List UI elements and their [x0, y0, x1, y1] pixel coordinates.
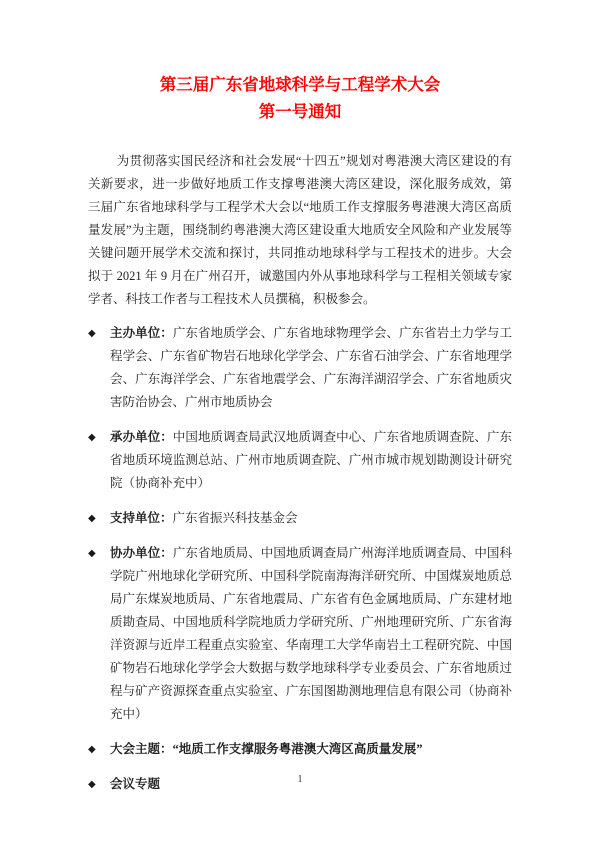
- list-item-body: 协办单位：广东省地质局、中国地质调查局广州海洋地质调查局、中国科学院广州地球化学…: [110, 542, 512, 726]
- bullet-label: 支持单位：: [110, 511, 173, 525]
- list-item-co-organizer-units: ◆ 协办单位：广东省地质局、中国地质调查局广州海洋地质调查局、中国科学院广州地球…: [88, 542, 512, 726]
- notice-subtitle: 第一号通知: [259, 103, 342, 121]
- bullet-list: ◆ 主办单位：广东省地质学会、广东省地球物理学会、广东省岩土力学与工程学会、广东…: [88, 322, 512, 796]
- bullet-label: 主办单位：: [110, 326, 173, 340]
- list-item-organizer-units: ◆ 承办单位：中国地质调查局武汉地质调查中心、广东省地质调查院、广东省地质环境监…: [88, 426, 512, 495]
- diamond-bullet-icon: ◆: [88, 426, 110, 449]
- list-item-support-units: ◆ 支持单位：广东省振兴科技基金会: [88, 507, 512, 530]
- bullet-label: 大会主题：: [110, 742, 173, 756]
- document-page: 第三届广东省地球科学与工程学术大会 第一号通知 为贯彻落实国民经济和社会发展“十…: [0, 0, 600, 848]
- list-item-body: 大会主题：“地质工作支撑服务粤港澳大湾区高质量发展”: [110, 738, 512, 761]
- conference-title-line1: 第三届广东省地球科学与工程学术大会: [160, 76, 441, 94]
- list-item-body: 主办单位：广东省地质学会、广东省地球物理学会、广东省岩土力学与工程学会、广东省矿…: [110, 322, 512, 414]
- diamond-bullet-icon: ◆: [88, 322, 110, 345]
- bullet-text: 广东省振兴科技基金会: [173, 511, 298, 525]
- bullet-label: 协办单位：: [110, 546, 173, 560]
- bullet-text: 广东省地质局、中国地质调查局广州海洋地质调查局、中国科学院广州地球化学研究所、中…: [110, 546, 512, 721]
- bullet-text: “地质工作支撑服务粤港澳大湾区高质量发展”: [173, 742, 423, 756]
- diamond-bullet-icon: ◆: [88, 507, 110, 530]
- list-item-body: 支持单位：广东省振兴科技基金会: [110, 507, 512, 530]
- intro-paragraph: 为贯彻落实国民经济和社会发展“十四五”规划对粤港澳大湾区建设的有关新要求，进一步…: [88, 150, 512, 311]
- conference-title: 第三届广东省地球科学与工程学术大会 第一号通知: [88, 72, 512, 126]
- bullet-label: 承办单位：: [110, 430, 173, 444]
- page-number: 1: [0, 771, 600, 789]
- list-item-body: 承办单位：中国地质调查局武汉地质调查中心、广东省地质调查院、广东省地质环境监测总…: [110, 426, 512, 495]
- list-item-conference-theme: ◆ 大会主题：“地质工作支撑服务粤港澳大湾区高质量发展”: [88, 738, 512, 761]
- list-item-host-units: ◆ 主办单位：广东省地质学会、广东省地球物理学会、广东省岩土力学与工程学会、广东…: [88, 322, 512, 414]
- diamond-bullet-icon: ◆: [88, 542, 110, 565]
- diamond-bullet-icon: ◆: [88, 738, 110, 761]
